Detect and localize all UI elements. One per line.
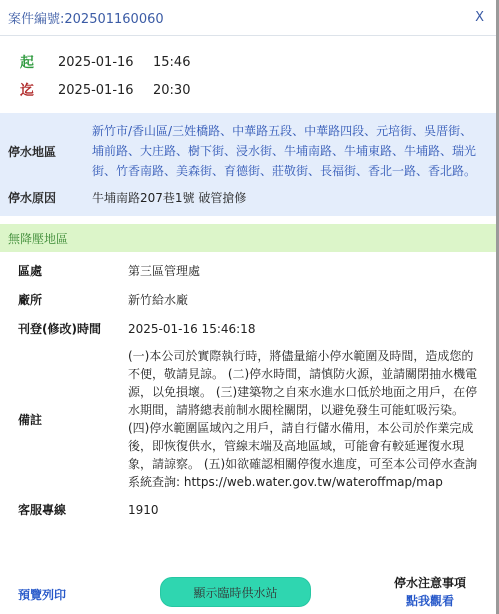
outage-time-range: 起 2025-01-16 15:46 迄 2025-01-16 20:30 <box>0 36 496 112</box>
notice-title: 停水注意事項 <box>380 574 480 592</box>
start-time: 15:46 <box>153 55 190 70</box>
notice-view-link[interactable]: 點我觀看 <box>380 592 480 610</box>
pressure-status-bar: 無降壓地區 <box>0 224 496 252</box>
start-date: 2025-01-16 <box>58 55 153 70</box>
start-mark: 起 <box>20 52 58 72</box>
outage-area-value: 新竹市/香山區/三姓橋路、中華路五段、中華路四段、元培街、吳厝街、埔前路、大庄路… <box>92 121 480 181</box>
panel-header: 案件編號:202501160060 X <box>0 0 496 36</box>
close-button[interactable]: X <box>475 10 484 25</box>
print-preview-link[interactable]: 預覽列印 <box>18 586 66 603</box>
show-water-stations-button[interactable]: 顯示臨時供水站 <box>160 577 311 607</box>
plant-label: 廠所 <box>18 291 128 308</box>
outage-notice: 停水注意事項 點我觀看 <box>380 574 480 610</box>
outage-info-section: 停水地區 新竹市/香山區/三姓橋路、中華路五段、中華路四段、元培街、吳厝街、埔前… <box>0 113 496 216</box>
published-time-value: 2025-01-16 15:46:18 <box>128 322 483 336</box>
outage-area-label: 停水地區 <box>0 143 92 160</box>
district-value: 第三區管理處 <box>128 262 483 279</box>
outage-reason-value: 牛埔南路207巷1號 破管搶修 <box>92 189 246 206</box>
outage-detail-panel: 案件編號:202501160060 X 起 2025-01-16 15:46 迄… <box>0 0 496 614</box>
note-row: 備註 (一)本公司於實際執行時，將儘量縮小停水範圍及時間，造成您的不便，敬請見諒… <box>18 343 496 495</box>
district-label: 區處 <box>18 262 128 279</box>
end-date: 2025-01-16 <box>58 83 153 98</box>
case-number-title: 案件編號:202501160060 <box>8 8 164 27</box>
hotline-row: 客服專線 1910 <box>18 495 496 524</box>
published-time-label: 刊登(修改)時間 <box>18 320 128 337</box>
details-section: 區處 第三區管理處 廠所 新竹給水廠 刊登(修改)時間 2025-01-16 1… <box>0 252 496 524</box>
plant-value: 新竹給水廠 <box>128 291 483 308</box>
end-time-row: 迄 2025-01-16 20:30 <box>20 76 496 104</box>
district-row: 區處 第三區管理處 <box>18 256 496 285</box>
end-time: 20:30 <box>153 83 190 98</box>
end-mark: 迄 <box>20 80 58 100</box>
hotline-value: 1910 <box>128 503 483 517</box>
panel-footer: 預覽列印 顯示臨時供水站 停水注意事項 點我觀看 <box>0 572 496 614</box>
published-time-row: 刊登(修改)時間 2025-01-16 15:46:18 <box>18 314 496 343</box>
hotline-label: 客服專線 <box>18 501 128 518</box>
note-label: 備註 <box>18 411 128 428</box>
outage-area-row: 停水地區 新竹市/香山區/三姓橋路、中華路五段、中華路四段、元培街、吳厝街、埔前… <box>0 121 496 181</box>
plant-row: 廠所 新竹給水廠 <box>18 285 496 314</box>
start-time-row: 起 2025-01-16 15:46 <box>20 48 496 76</box>
note-value: (一)本公司於實際執行時，將儘量縮小停水範圍及時間，造成您的不便，敬請見諒。 (… <box>128 347 483 491</box>
outage-reason-label: 停水原因 <box>0 189 92 206</box>
outage-reason-row: 停水原因 牛埔南路207巷1號 破管搶修 <box>0 189 496 206</box>
